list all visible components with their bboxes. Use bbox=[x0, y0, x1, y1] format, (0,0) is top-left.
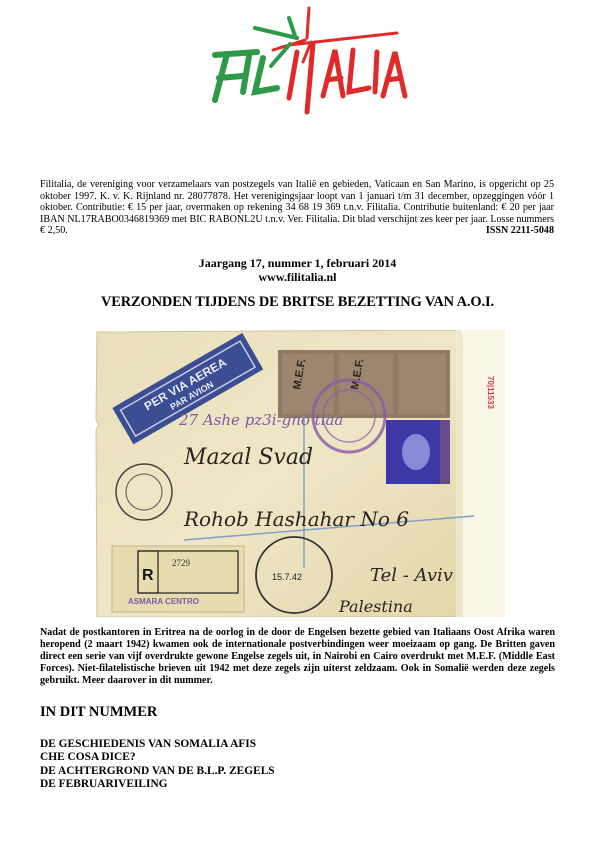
cover-headline: VERZONDEN TIJDENS DE BRITSE BEZETTING VA… bbox=[0, 294, 595, 311]
contents-item: DE ACHTERGROND VAN DE B.L.P. ZEGELS bbox=[40, 765, 275, 778]
address-line4: Palestina bbox=[338, 597, 413, 616]
society-info: Filitalia, de vereniging voor verzamelaa… bbox=[40, 179, 554, 237]
cover-photo-envelope: M.E.F. M.E.F. PER VIA AEREA PAR AVION 70… bbox=[94, 330, 505, 617]
address-line1: Mazal Svad bbox=[183, 445, 313, 470]
registration-number: 2729 bbox=[172, 558, 191, 568]
registration-office: ASMARA CENTRO bbox=[128, 597, 199, 606]
address-line3: Tel - Aviv bbox=[370, 565, 453, 586]
filitalia-logo-graphic bbox=[185, 0, 415, 118]
postmark-date: 15.7.42 bbox=[272, 572, 302, 582]
registration-letter: R bbox=[142, 567, 154, 584]
issue-info: Jaargang 17, nummer 1, februari 2014 www… bbox=[0, 256, 595, 284]
cover-caption: Nadat de postkantoren in Eritrea na de o… bbox=[40, 627, 555, 687]
contents-title: IN DIT NUMMER bbox=[40, 704, 157, 721]
contents-item: DE GESCHIEDENIS VAN SOMALIA AFIS bbox=[40, 738, 275, 751]
envelope-illustration: M.E.F. M.E.F. PER VIA AEREA PAR AVION 70… bbox=[94, 330, 505, 617]
contents-item: CHE COSA DICE? bbox=[40, 751, 275, 764]
website-link[interactable]: www.filitalia.nl bbox=[0, 270, 595, 284]
contents-item: DE FEBRUARIVEILING bbox=[40, 778, 275, 791]
svg-text:27 Ashe pz3i-gno tiaa: 27 Ashe pz3i-gno tiaa bbox=[178, 411, 343, 429]
issn-number: ISSN 2211-5048 bbox=[40, 225, 554, 237]
filitalia-logo bbox=[185, 0, 415, 118]
address-line2: Rohob Hashahar No 6 bbox=[183, 507, 409, 531]
issue-line: Jaargang 17, nummer 1, februari 2014 bbox=[0, 256, 595, 270]
censor-number: 70|11533 bbox=[486, 376, 495, 409]
contents-list: DE GESCHIEDENIS VAN SOMALIA AFIS CHE COS… bbox=[40, 738, 275, 792]
